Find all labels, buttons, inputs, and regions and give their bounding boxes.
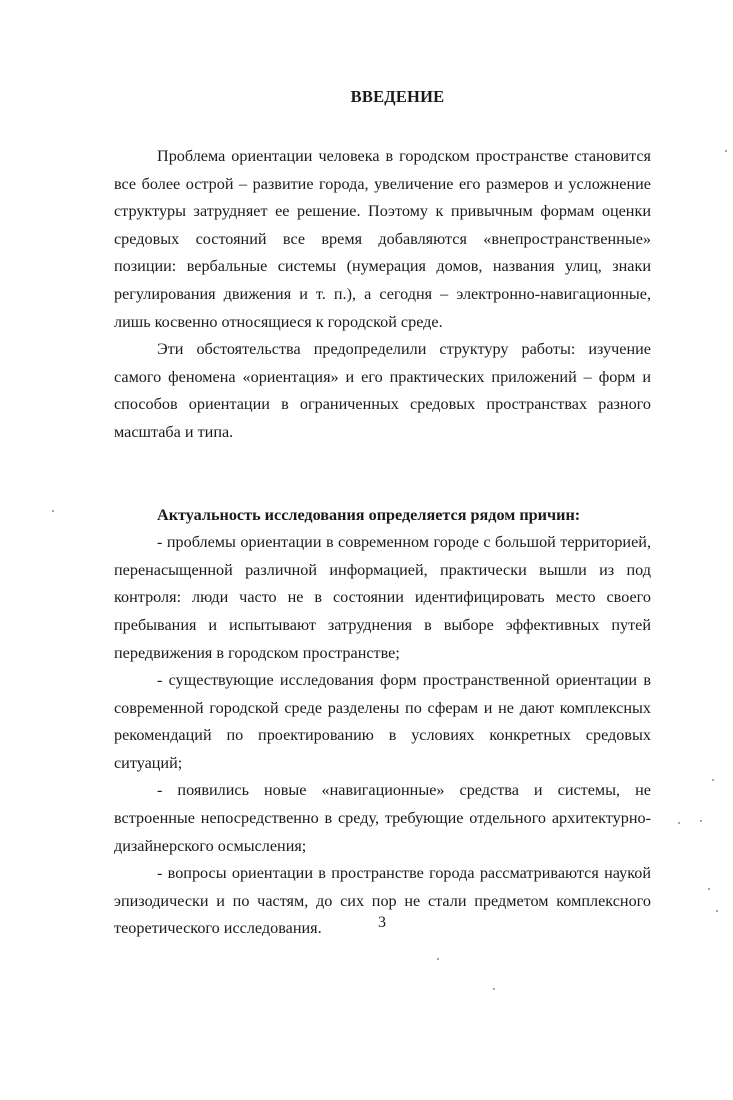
scan-speck	[437, 958, 439, 960]
document-page: ВВЕДЕНИЕ Проблема ориентации человека в …	[0, 0, 733, 1100]
scan-speck	[708, 888, 710, 890]
page-number: 3	[378, 914, 386, 932]
scan-speck	[712, 779, 714, 781]
section-heading: Актуальность исследования определяется р…	[114, 502, 651, 530]
paragraph-intro: Проблема ориентации человека в городском…	[114, 143, 651, 336]
scan-speck	[493, 988, 495, 990]
page-title: ВВЕДЕНИЕ	[0, 87, 733, 107]
scan-speck	[725, 150, 727, 152]
bullet-item: - существующие исследования форм простра…	[114, 667, 651, 777]
bullet-item: - проблемы ориентации в современном горо…	[114, 529, 651, 667]
body-text: Проблема ориентации человека в городском…	[114, 143, 651, 943]
scan-speck	[700, 820, 702, 822]
scan-speck	[678, 822, 680, 824]
scan-speck	[716, 910, 718, 912]
bullet-item: - появились новые «навигационные» средст…	[114, 777, 651, 860]
paragraph-structure: Эти обстоятельства предопределили структ…	[114, 336, 651, 446]
section-spacer	[114, 447, 651, 502]
scan-speck	[52, 510, 54, 512]
